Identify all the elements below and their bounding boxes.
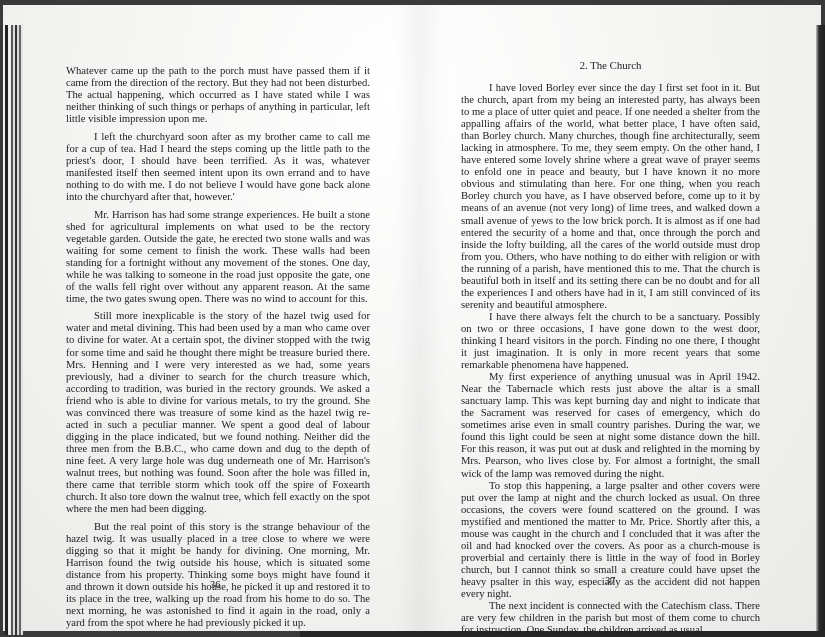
paragraph: Still more inexplicable is the story of … — [66, 311, 370, 516]
paragraph: Mr. Harrison has had some strange experi… — [66, 210, 370, 306]
chapter-title: 2. The Church — [461, 60, 760, 72]
right-binding-edge — [816, 25, 825, 637]
page-number-left: 36 — [210, 580, 221, 591]
paragraph: I have there always felt the church to b… — [461, 312, 760, 372]
paragraph: Whatever came up the path to the porch m… — [66, 66, 370, 126]
paragraph: My first experience of anything unusual … — [461, 372, 760, 480]
page-number-right: 37 — [605, 576, 616, 587]
book-gutter — [395, 5, 445, 631]
paragraph: The next incident is connected with the … — [461, 601, 760, 637]
left-page-body: Whatever came up the path to the porch m… — [66, 66, 370, 636]
paragraph: I left the churchyard soon after as my b… — [66, 132, 370, 204]
paragraph: I have loved Borley ever since the day I… — [461, 83, 760, 312]
right-page-body: I have loved Borley ever since the day I… — [461, 83, 760, 637]
paragraph: But the real point of this story is the … — [66, 522, 370, 630]
left-binding-edge — [5, 25, 23, 635]
